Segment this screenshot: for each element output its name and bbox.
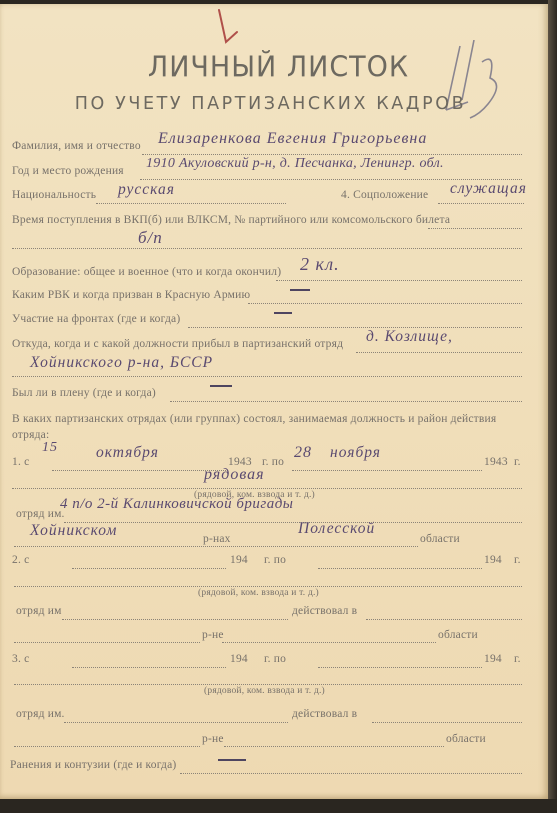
form-subtitle: ПО УЧЕТУ ПАРТИЗАНСКИХ КАДРОВ <box>0 94 549 114</box>
unit-2-name-line[interactable] <box>62 619 288 620</box>
nationality-value[interactable]: русская <box>118 181 175 199</box>
unit-3-region-line[interactable] <box>224 746 444 747</box>
unit-2-district-label: р-не <box>202 629 224 641</box>
arrival-line-1 <box>356 352 522 353</box>
party-value[interactable]: б/п <box>138 228 163 248</box>
unit-2-year-suffix: г. <box>514 554 521 566</box>
arrival-line-2 <box>12 376 522 377</box>
unit-1-district-value[interactable]: Хойникском <box>30 522 117 540</box>
party-label: Время поступления в ВКП(б) или ВЛКСМ, № … <box>12 214 450 226</box>
unit-1-name-label: отряд им. <box>16 508 65 520</box>
unit-2-position-hint: (рядовой, ком. взвода и т. д.) <box>198 588 319 598</box>
unit-1-to-label: г. по <box>262 456 284 468</box>
unit-3-from-year[interactable]: 194 <box>230 653 248 665</box>
unit-1-from-month[interactable]: октября <box>96 444 159 462</box>
unit-1-to-year[interactable]: 1943 <box>484 456 508 468</box>
birth-value[interactable]: 1910 Акуловский р-н, д. Песчанка, Ленинг… <box>146 156 444 172</box>
full-name-label: Фамилия, имя и отчество <box>12 140 141 152</box>
unit-3-acted-line[interactable] <box>372 722 522 723</box>
unit-1-to-day[interactable]: 28 <box>294 444 312 462</box>
unit-1-district-label: р-нах <box>203 533 231 545</box>
form-page: ЛИЧНЫЙ ЛИСТОК ПО УЧЕТУ ПАРТИЗАНСКИХ КАДР… <box>0 4 548 799</box>
unit-1-from-day[interactable]: 15 <box>42 440 58 456</box>
unit-3-to-label: г. по <box>264 653 286 665</box>
unit-2-region-line[interactable] <box>222 642 436 643</box>
unit-3-to-line <box>318 667 482 668</box>
unit-2-position-line <box>14 586 522 587</box>
arrival-value-line-1[interactable]: д. Козлище, <box>366 328 453 346</box>
unit-3-name-line[interactable] <box>64 722 288 723</box>
wounds-dash <box>218 759 246 761</box>
unit-1-name-line <box>64 522 522 523</box>
nationality-line <box>96 203 286 204</box>
full-name-value[interactable]: Елизаренкова Евгения Григорьевна <box>158 130 427 148</box>
unit-1-region-value[interactable]: Полесской <box>298 520 375 538</box>
unit-3-district-label: р-не <box>202 733 224 745</box>
unit-2-to-line <box>318 568 482 569</box>
fronts-label: Участие на фронтах (где и когда) <box>12 313 180 325</box>
unit-3-acted-label: действовал в <box>292 708 357 720</box>
party-line-2 <box>12 248 522 249</box>
unit-1-from-line <box>52 470 226 471</box>
unit-2-from-year[interactable]: 194 <box>230 554 248 566</box>
unit-2-region-label: области <box>438 629 478 641</box>
unit-3-name-label: отряд им. <box>16 708 65 720</box>
wounds-label: Ранения и контузии (где и когда) <box>10 759 176 771</box>
scan-edge-right <box>548 0 557 813</box>
unit-2-number: 2. с <box>12 554 29 566</box>
unit-3-position-hint: (рядовой, ком. взвода и т. д.) <box>204 686 325 696</box>
social-status-line <box>438 203 524 204</box>
scan-edge-bottom <box>0 799 557 813</box>
captivity-line <box>170 401 522 402</box>
birth-label: Год и место рождения <box>12 165 124 177</box>
fronts-line <box>188 327 522 328</box>
nationality-label: Национальность <box>12 189 96 201</box>
education-value[interactable]: 2 кл. <box>300 254 340 275</box>
unit-1-to-month[interactable]: ноября <box>330 444 381 462</box>
conscription-dash <box>290 289 310 291</box>
unit-1-year-suffix: г. <box>514 456 521 468</box>
social-status-value[interactable]: служащая <box>450 180 527 198</box>
unit-2-acted-label: действовал в <box>292 605 357 617</box>
conscription-line <box>248 303 522 304</box>
fronts-dash <box>274 312 292 314</box>
unit-3-to-year[interactable]: 194 <box>484 653 502 665</box>
unit-1-position-value[interactable]: рядовая <box>204 466 265 484</box>
unit-2-to-label: г. по <box>264 554 286 566</box>
red-check-mark-icon <box>216 8 238 44</box>
unit-1-number: 1. с <box>12 456 29 468</box>
wounds-line <box>180 773 522 774</box>
unit-1-district-line <box>14 546 418 547</box>
units-intro-label: В каких партизанских отрядах (или группа… <box>12 411 527 443</box>
conscription-label: Каким РВК и когда призван в Красную Арми… <box>12 289 250 301</box>
social-status-label: 4. Соцположение <box>341 189 428 201</box>
captivity-dash <box>210 385 232 387</box>
unit-2-to-year[interactable]: 194 <box>484 554 502 566</box>
unit-1-name-value[interactable]: 4 п/о 2-й Калинковичской бригады <box>60 496 293 513</box>
unit-2-acted-line[interactable] <box>366 619 522 620</box>
arrival-value-line-2[interactable]: Хойникского р-на, БССР <box>30 354 213 372</box>
unit-3-from-line <box>72 667 226 668</box>
unit-2-from-line <box>72 568 226 569</box>
unit-3-position-line <box>14 684 522 685</box>
unit-3-region-label: области <box>446 733 486 745</box>
unit-3-year-suffix: г. <box>514 653 521 665</box>
education-label: Образование: общее и военное (что и когд… <box>12 266 281 278</box>
unit-3-number: 3. с <box>12 653 29 665</box>
arrival-label: Откуда, когда и с какой должности прибыл… <box>12 338 343 350</box>
unit-2-district-line[interactable] <box>14 642 200 643</box>
form-title: ЛИЧНЫЙ ЛИСТОК <box>0 51 557 84</box>
unit-1-region-label: области <box>420 533 460 545</box>
party-line-1 <box>428 228 522 229</box>
unit-1-to-line <box>292 470 482 471</box>
unit-1-position-line <box>12 488 522 489</box>
full-name-line <box>142 154 522 155</box>
captivity-label: Был ли в плену (где и когда) <box>12 387 156 399</box>
unit-3-district-line[interactable] <box>14 746 200 747</box>
education-line <box>276 280 522 281</box>
unit-2-name-label: отряд им <box>16 605 62 617</box>
